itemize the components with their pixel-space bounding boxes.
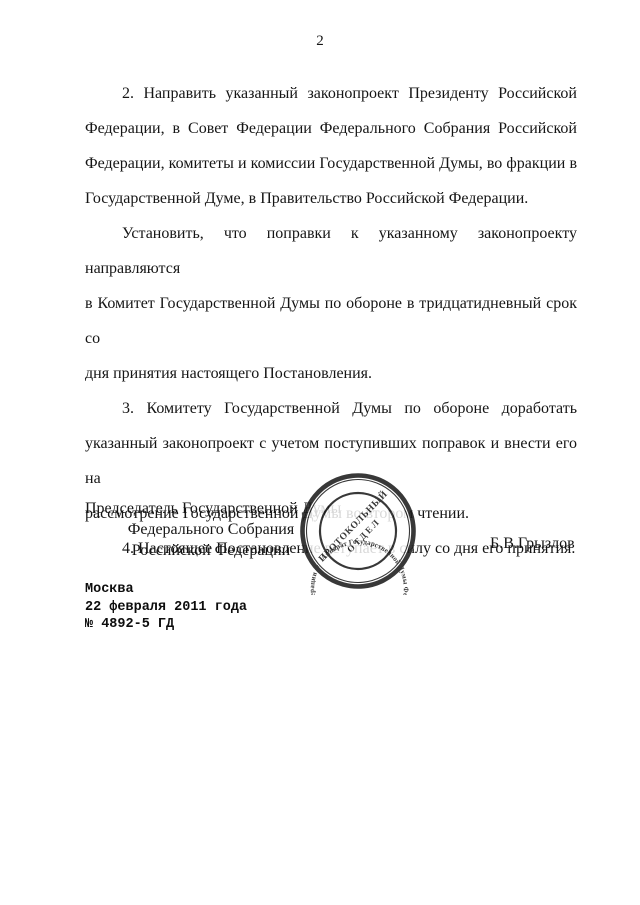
- paragraph-2-line: Федерации, комитеты и комиссии Государст…: [85, 146, 577, 181]
- issuance-city: Москва: [85, 581, 247, 599]
- scanned-document-page: { "page": { "number": "2" }, "body": { "…: [0, 0, 640, 905]
- paragraph-amendments-line: в Комитет Государственной Думы по оборон…: [85, 286, 577, 356]
- paragraph-2-line: Государственной Думе, в Правительство Ро…: [85, 181, 577, 216]
- paragraph-2-line: Федерации, в Совет Федерации Федеральног…: [85, 111, 577, 146]
- signatory-name: Б.В.Грызлов: [490, 535, 575, 553]
- paragraph-3-line: 3. Комитету Государственной Думы по обор…: [85, 391, 577, 426]
- page-number: 2: [0, 33, 640, 50]
- issuance-date: 22 февраля 2011 года: [85, 599, 247, 617]
- protocol-department-stamp: Аппарат Государственной Думы Федеральног…: [296, 467, 420, 595]
- issuance-number: № 4892-5 ГД: [85, 616, 247, 634]
- paragraph-amendments-line: дня принятия настоящего Постановления.: [85, 356, 577, 391]
- issuance-block: Москва 22 февраля 2011 года № 4892-5 ГД: [85, 581, 247, 634]
- paragraph-2-line: 2. Направить указанный законопроект През…: [85, 76, 577, 111]
- paragraph-amendments-line: Установить, что поправки к указанному за…: [85, 216, 577, 286]
